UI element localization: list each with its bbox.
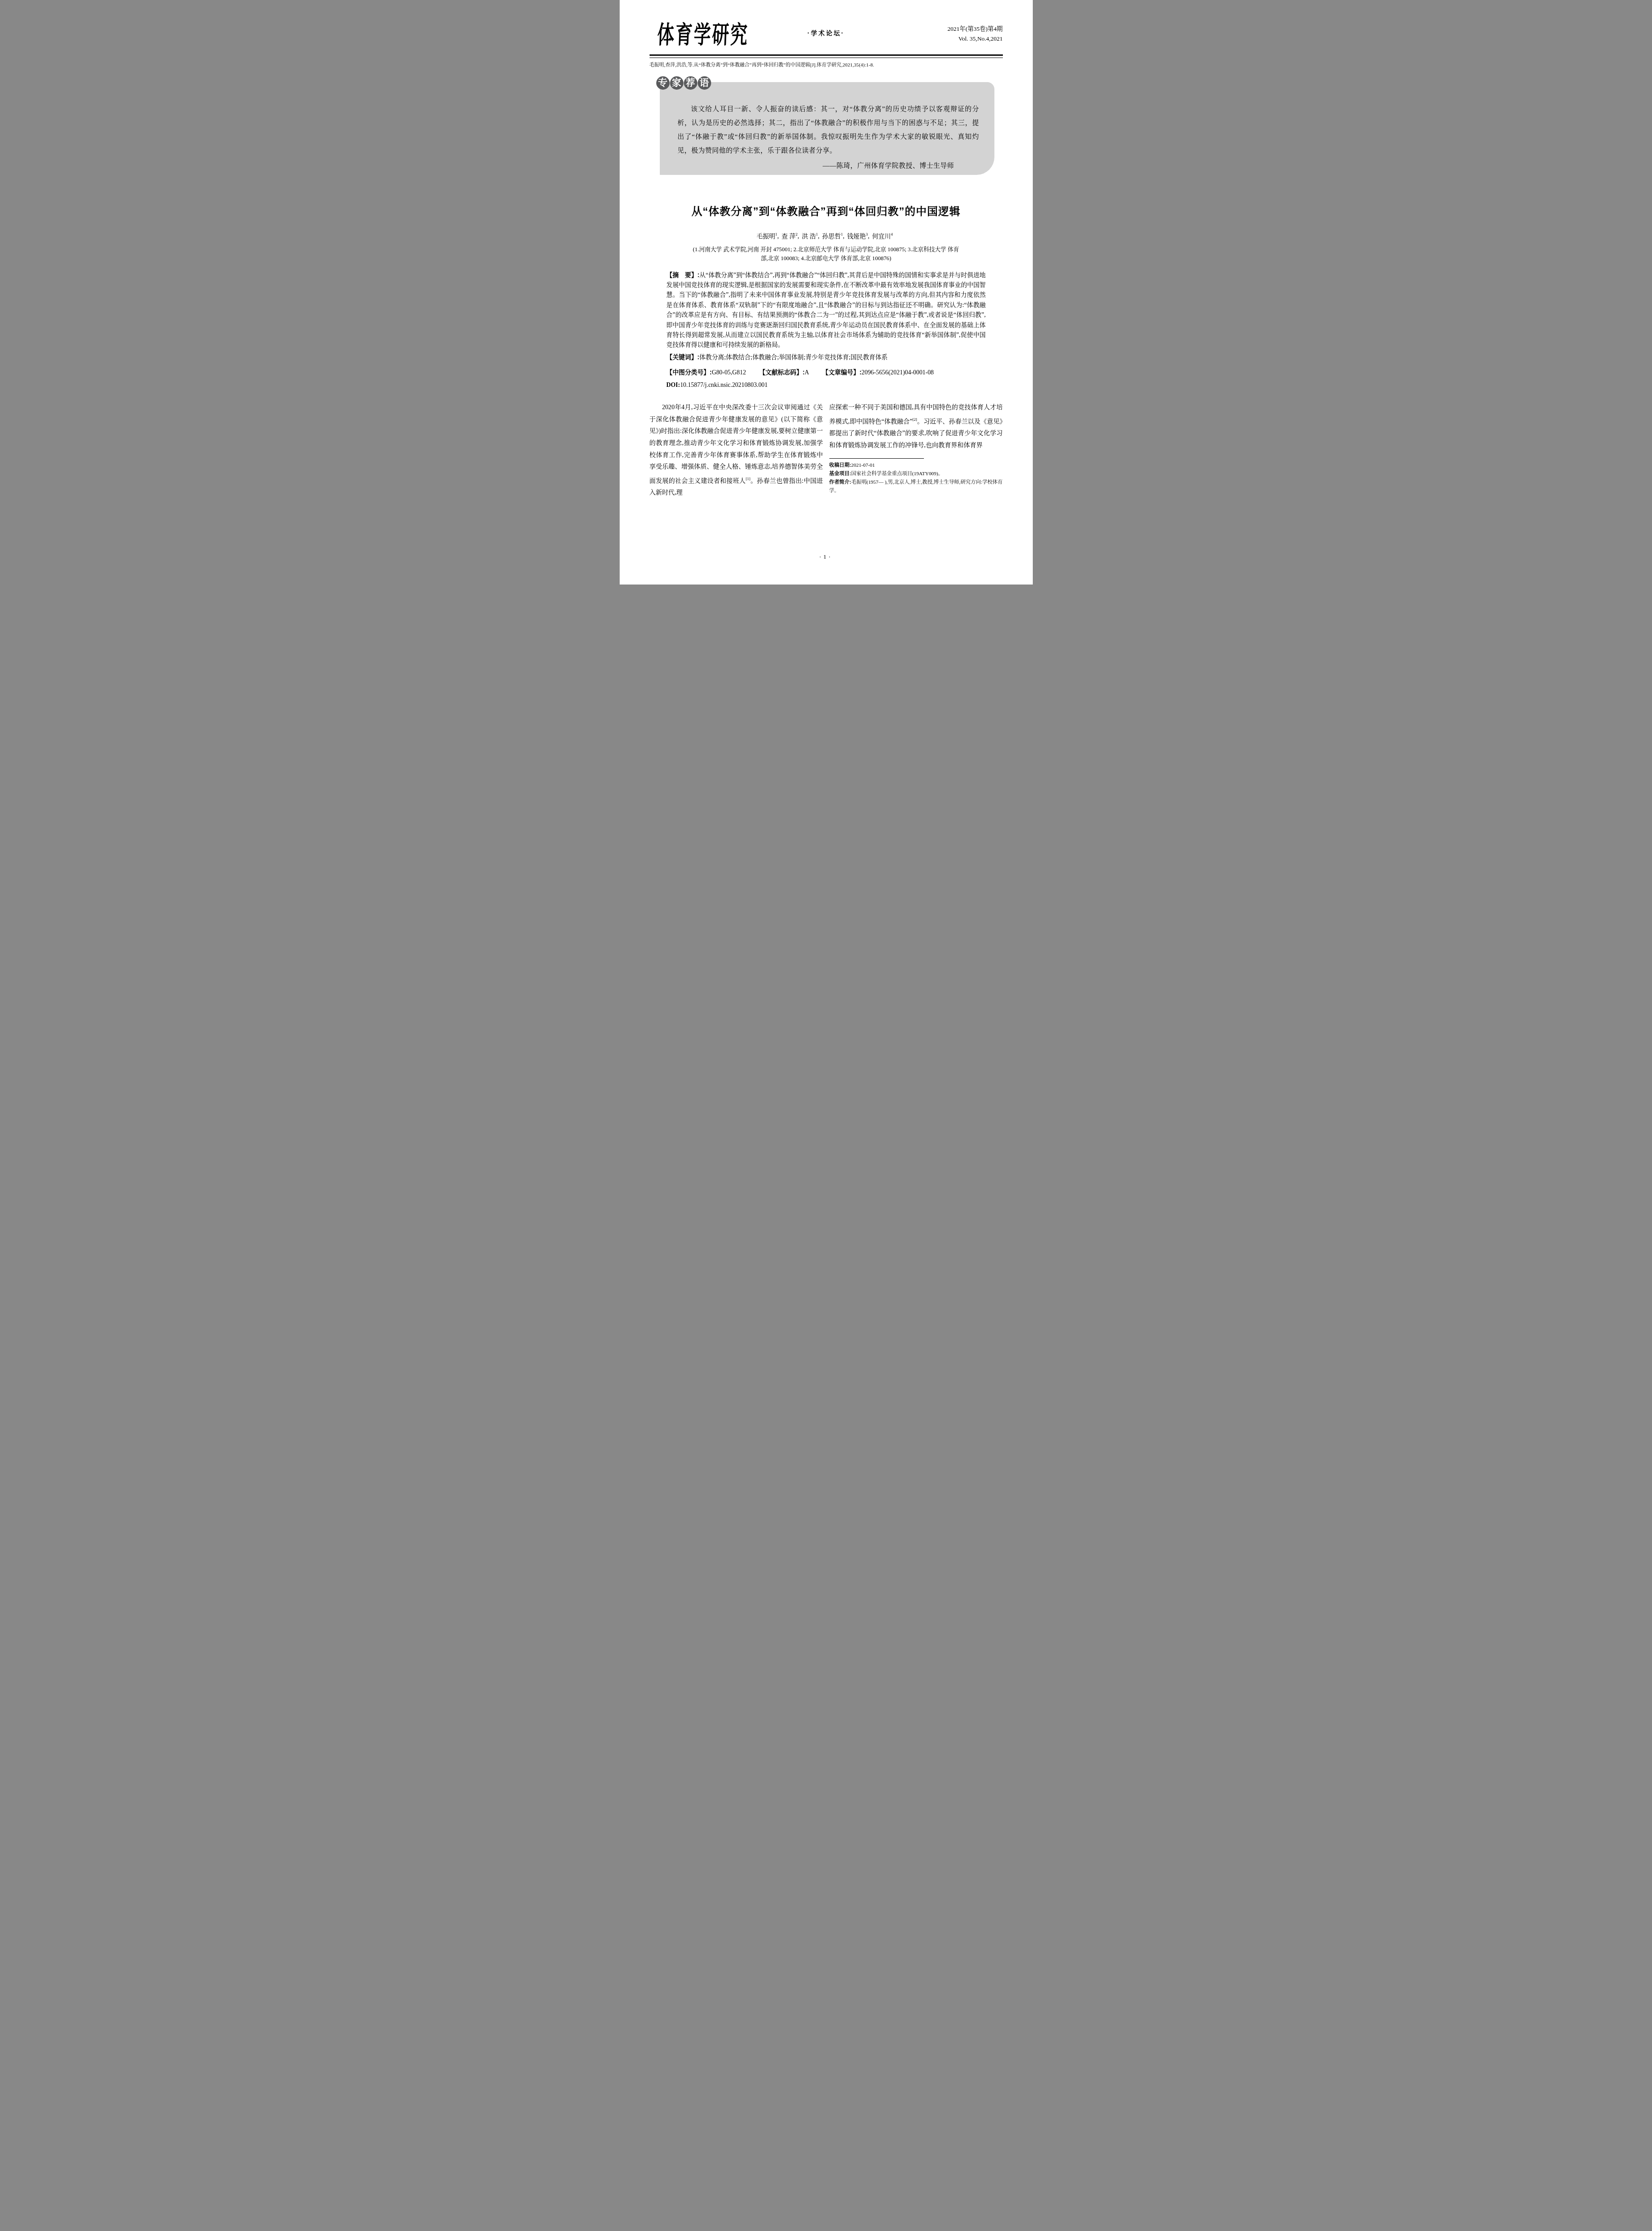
abstract: 【摘 要】:从“体教分离”到“体教结合”,再到“体教融合”“体回归教”,其背后是… [667, 270, 986, 351]
affiliation-line: (1.河南大学 武术学院,河南 开封 475001; 2.北京师范大学 体育与运… [650, 245, 1003, 254]
issue-info-cn: 2021年(第35卷)第4期 [948, 24, 1003, 34]
keywords: 【关键词】:体教分离;体教结合;体教融合;举国体制;青少年竞技体育;国民教育体系 [667, 352, 986, 363]
clc-number: 【中图分类号】:G80-05,G812 [667, 369, 746, 376]
document-code: 【文献标志码】:A [759, 369, 809, 376]
footnote-received: 收稿日期:2021-07-01 [829, 461, 1003, 470]
expert-badge: 专家荐语 [656, 76, 712, 90]
author: 孙思哲1, [822, 233, 847, 240]
issue-info-en: Vol. 35,No.4,2021 [948, 34, 1003, 44]
abstract-label: 【摘 要】: [667, 271, 700, 278]
author: 钱娅艳3, [847, 233, 872, 240]
expert-comment-text: 该文给人耳目一新、令人振奋的读后感：其一，对“体教分离”的历史功绩予以客观辩证的… [678, 103, 979, 158]
affiliation-line: 部,北京 100083; 4.北京邮电大学 体育部,北京 100876) [650, 254, 1003, 263]
header-double-rule [650, 54, 1003, 58]
right-column: 应探索一种不同于美国和德国,具有中国特色的竞技体育人才培养模式,即中国特色“体教… [829, 402, 1003, 498]
expert-recommendation-section: 专家荐语 该文给人耳目一新、令人振奋的读后感：其一，对“体教分离”的历史功绩予以… [650, 80, 1003, 176]
badge-circle: 专 [656, 76, 670, 90]
citation-line: 毛振明,查萍,洪浩,等.从“体教分离”到“体教融合”再到“体回归教”的中国逻辑[… [650, 62, 1003, 68]
journal-article-page: 体育学研究 ·学术论坛· 2021年(第35卷)第4期 Vol. 35,No.4… [620, 0, 1033, 585]
doi-label: DOI: [667, 382, 680, 389]
keywords-label: 【关键词】: [667, 353, 700, 361]
article-title: 从“体教分离”到“体教融合”再到“体回归教”的中国逻辑 [650, 205, 1003, 219]
article-meta: 【摘 要】:从“体教分离”到“体教结合”,再到“体教融合”“体回归教”,其背后是… [667, 270, 986, 390]
body-paragraph: 应探索一种不同于美国和德国,具有中国特色的竞技体育人才培养模式,即中国特色“体教… [829, 402, 1003, 451]
footnote-bio: 作者简介:毛振明(1957— ),男,北京人,博士,教授,博士生导师,研究方向:… [829, 478, 1003, 495]
author: 何宜川4 [872, 233, 896, 240]
left-column: 2020年4月,习近平在中央深改委十三次会议审阅通过《关于深化体教融合促进青少年… [650, 402, 823, 498]
footnote-rule [829, 458, 924, 459]
author: 毛振明1, [757, 233, 782, 240]
body-paragraph: 2020年4月,习近平在中央深改委十三次会议审阅通过《关于深化体教融合促进青少年… [650, 402, 823, 498]
issue-info: 2021年(第35卷)第4期 Vol. 35,No.4,2021 [948, 24, 1003, 44]
badge-circle: 语 [698, 76, 711, 90]
badge-circle: 荐 [684, 76, 697, 90]
expert-signature: ——陈琦，广州体育学院教授、博士生导师 [678, 161, 979, 170]
article-number: 【文章编号】:2096-5656(2021)04-0001-08 [822, 369, 934, 376]
author: 查 萍2, [782, 233, 802, 240]
badge-circle: 家 [670, 76, 683, 90]
author-list: 毛振明1,查 萍2,洪 浩1,孙思哲1,钱娅艳3,何宜川4 [650, 232, 1003, 241]
abstract-text: 从“体教分离”到“体教结合”,再到“体教融合”“体回归教”,其背后是中国特殊的国… [667, 272, 986, 349]
page-number: ·1· [620, 553, 1033, 560]
reference-mark: [1] [745, 477, 750, 481]
doi-value: 10.15877/j.cnki.nsic.20210803.001 [680, 382, 767, 389]
author: 洪 浩1, [802, 233, 822, 240]
affiliations: (1.河南大学 武术学院,河南 开封 475001; 2.北京师范大学 体育与运… [650, 245, 1003, 263]
footnote-fund: 基金项目:国家社会科学基金重点项目(19ATY009)。 [829, 470, 1003, 478]
footnote-block: 收稿日期:2021-07-01 基金项目:国家社会科学基金重点项目(19ATY0… [829, 458, 1003, 495]
journal-header: 体育学研究 ·学术论坛· 2021年(第35卷)第4期 Vol. 35,No.4… [650, 0, 1003, 54]
expert-comment-box: 该文给人耳目一新、令人振奋的读后感：其一，对“体教分离”的历史功绩予以客观辩证的… [660, 82, 994, 175]
body-columns: 2020年4月,习近平在中央深改委十三次会议审阅通过《关于深化体教融合促进青少年… [650, 402, 1003, 498]
doi: DOI:10.15877/j.cnki.nsic.20210803.001 [667, 382, 986, 389]
classification-line: 【中图分类号】:G80-05,G812 【文献标志码】:A 【文章编号】:209… [667, 367, 986, 377]
reference-mark: [2] [912, 417, 917, 422]
keywords-text: 体教分离;体教结合;体教融合;举国体制;青少年竞技体育;国民教育体系 [700, 354, 888, 361]
